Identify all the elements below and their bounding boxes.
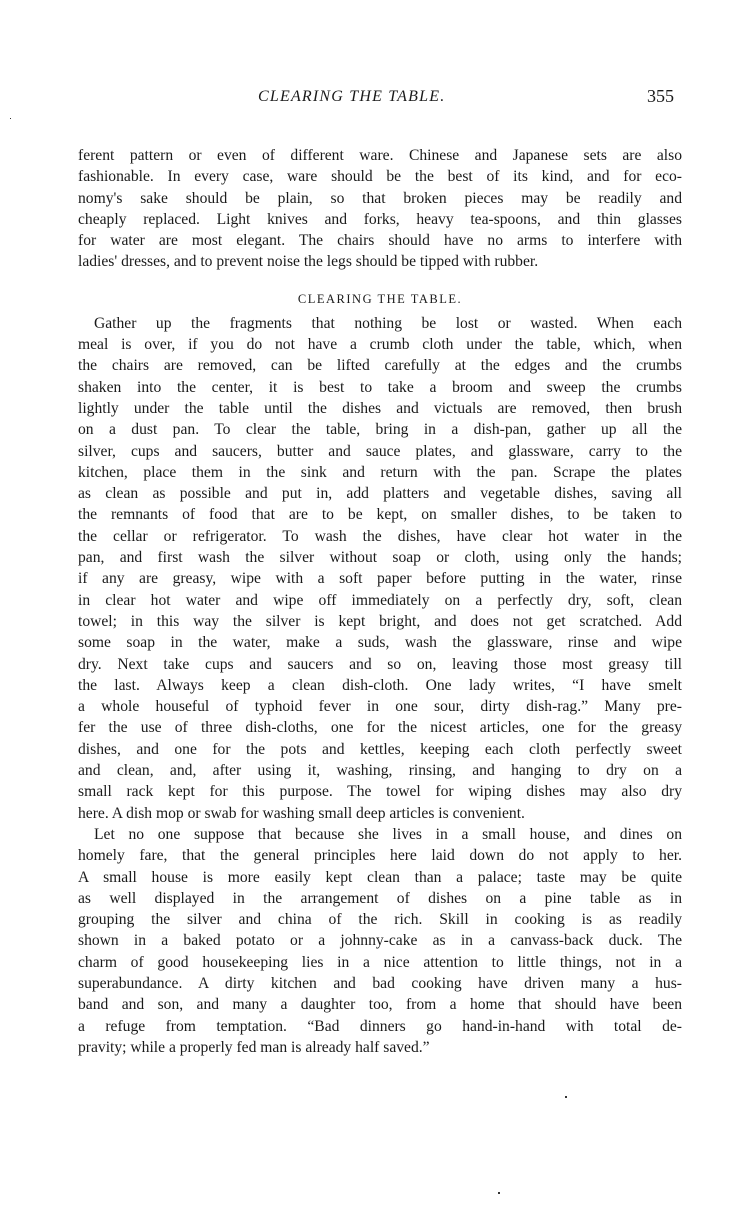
text-line: as well displayed in the arrangement of … <box>78 888 682 909</box>
text-line: ladies' dresses, and to prevent noise th… <box>78 251 682 272</box>
page-number: 355 <box>647 86 674 107</box>
continuation-paragraph: ferent pattern or even of different ware… <box>78 145 682 273</box>
text-line: charm of good housekeeping lies in a nic… <box>78 952 682 973</box>
text-line: meal is over, if you do not have a crumb… <box>78 334 682 355</box>
text-line: as clean as possible and put in, add pla… <box>78 483 682 504</box>
text-line: here. A dish mop or swab for washing sma… <box>78 803 682 824</box>
text-line: grouping the silver and china of the ric… <box>78 909 682 930</box>
text-line: the chairs are removed, can be lifted ca… <box>78 355 682 376</box>
scan-speck <box>565 1096 567 1098</box>
scan-speck <box>498 1192 500 1194</box>
text-line: Let no one suppose that because she live… <box>78 824 682 845</box>
text-line: band and son, and many a daughter too, f… <box>78 994 682 1015</box>
text-line: fer the use of three dish-cloths, one fo… <box>78 717 682 738</box>
text-line: pravity; while a properly fed man is alr… <box>78 1037 682 1058</box>
text-line: dishes, and one for the pots and kettles… <box>78 739 682 760</box>
text-line: for water are most elegant. The chairs s… <box>78 230 682 251</box>
text-line: shaken into the center, it is best to ta… <box>78 377 682 398</box>
scan-speck <box>10 118 11 119</box>
text-line: lightly under the table until the dishes… <box>78 398 682 419</box>
text-line: fashionable. In every case, ware should … <box>78 166 682 187</box>
paragraph-small-house: Let no one suppose that because she live… <box>78 824 682 1058</box>
text-line: a whole houseful of typhoid fever in one… <box>78 696 682 717</box>
running-head: CLEARING THE TABLE. 355 <box>78 88 678 112</box>
paragraph-clearing: Gather up the fragments that nothing be … <box>78 313 682 824</box>
text-line: homely fare, that the general principles… <box>78 845 682 866</box>
text-line: superabundance. A dirty kitchen and bad … <box>78 973 682 994</box>
body-text: ferent pattern or even of different ware… <box>78 145 682 1058</box>
section-heading: CLEARING THE TABLE. <box>78 289 682 307</box>
text-line: dry. Next take cups and saucers and so o… <box>78 654 682 675</box>
text-line: Gather up the fragments that nothing be … <box>78 313 682 334</box>
text-line: shown in a baked potato or a johnny-cake… <box>78 930 682 951</box>
text-line: cheaply replaced. Light knives and forks… <box>78 209 682 230</box>
text-line: silver, cups and saucers, butter and sau… <box>78 441 682 462</box>
text-line: the cellar or refrigerator. To wash the … <box>78 526 682 547</box>
text-line: nomy's sake should be plain, so that bro… <box>78 188 682 209</box>
text-line: pan, and first wash the silver without s… <box>78 547 682 568</box>
text-line: if any are greasy, wipe with a soft pape… <box>78 568 682 589</box>
text-line: kitchen, place them in the sink and retu… <box>78 462 682 483</box>
text-line: some soap in the water, make a suds, was… <box>78 632 682 653</box>
text-line: towel; in this way the silver is kept br… <box>78 611 682 632</box>
text-line: a refuge from temptation. “Bad dinners g… <box>78 1016 682 1037</box>
text-line: small rack kept for this purpose. The to… <box>78 781 682 802</box>
text-line: the remnants of food that are to be kept… <box>78 504 682 525</box>
text-line: and clean, and, after using it, washing,… <box>78 760 682 781</box>
text-line: on a dust pan. To clear the table, bring… <box>78 419 682 440</box>
text-line: in clear hot water and wipe off immediat… <box>78 590 682 611</box>
text-line: the last. Always keep a clean dish-cloth… <box>78 675 682 696</box>
text-line: ferent pattern or even of different ware… <box>78 145 682 166</box>
running-head-title: CLEARING THE TABLE. <box>258 88 445 106</box>
text-line: A small house is more easily kept clean … <box>78 867 682 888</box>
book-page: CLEARING THE TABLE. 355 ferent pattern o… <box>0 0 750 1227</box>
